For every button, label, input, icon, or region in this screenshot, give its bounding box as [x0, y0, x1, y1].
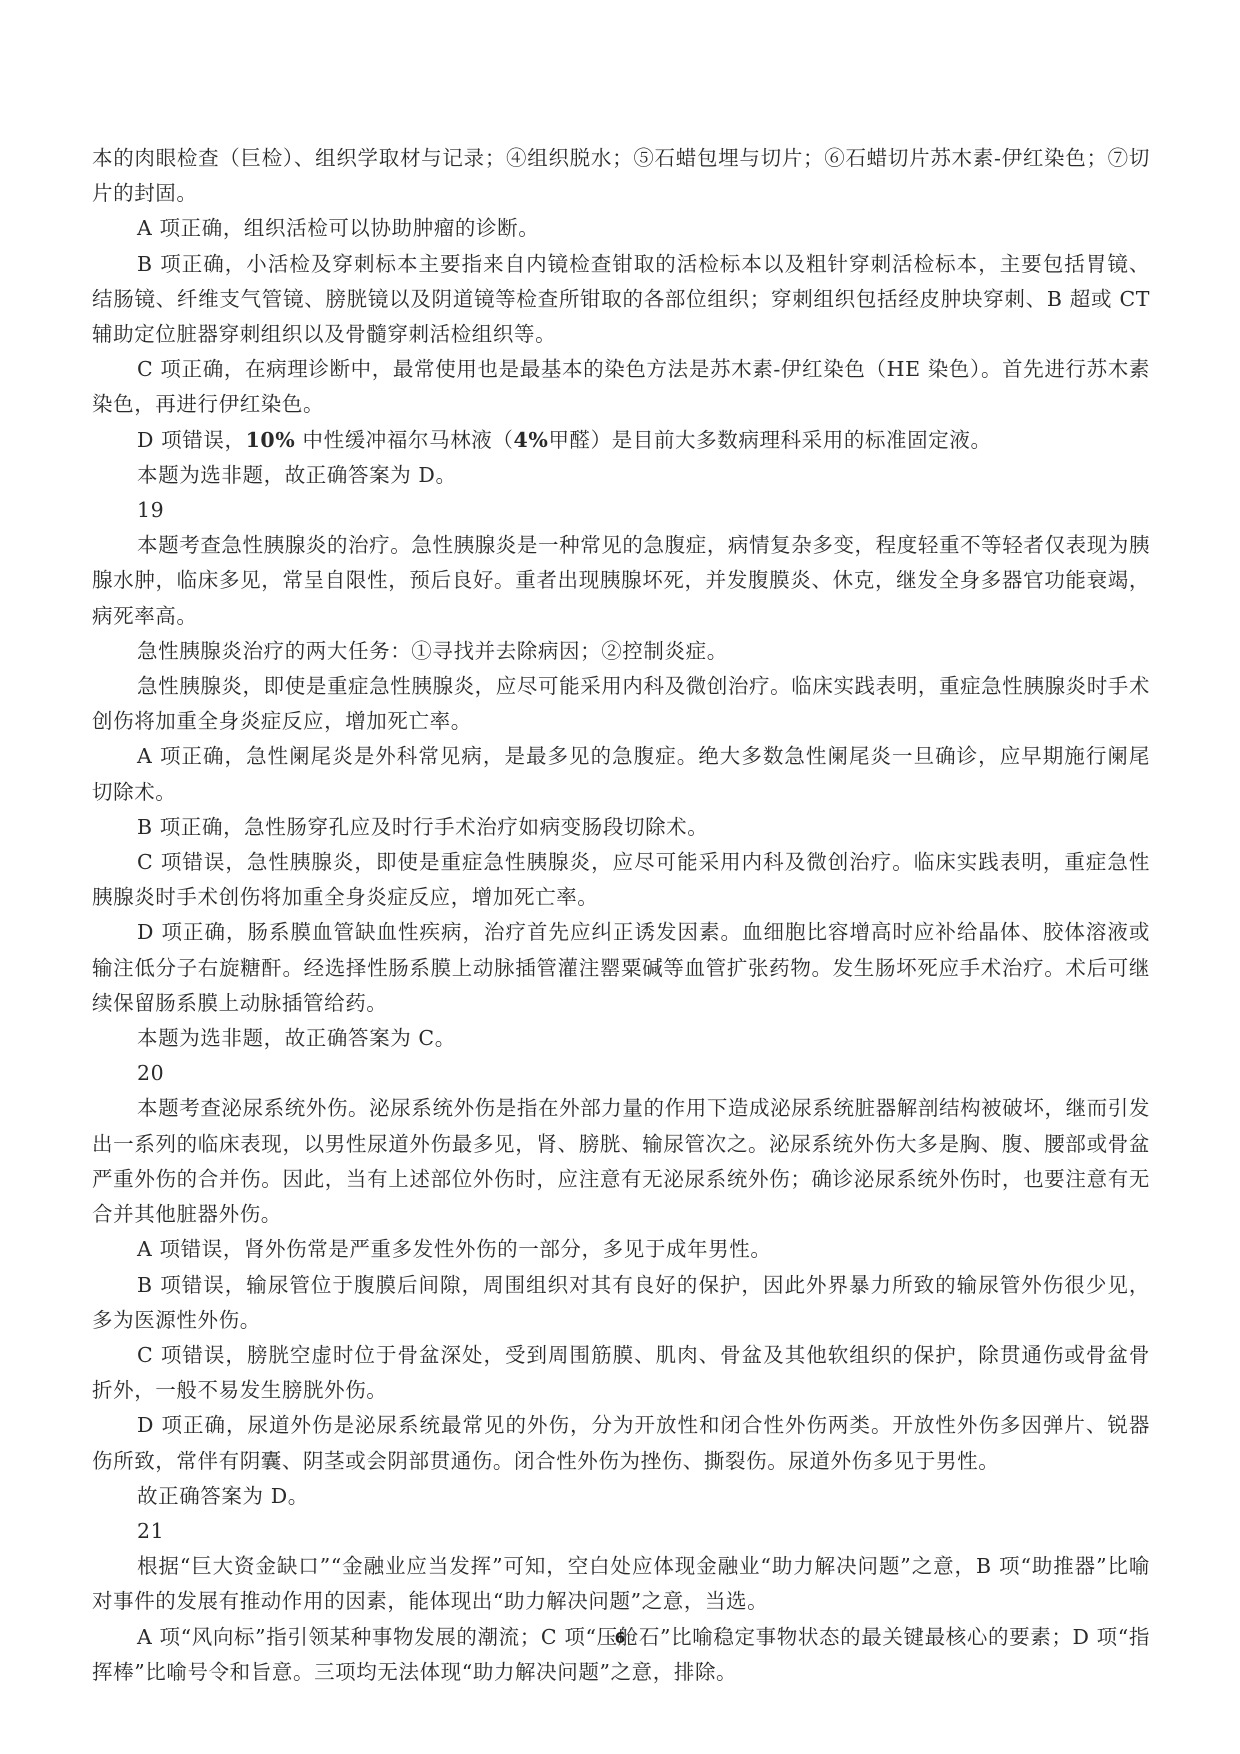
bold-text-segment: 10% — [246, 428, 296, 452]
paragraph: 急性胰腺炎治疗的两大任务：①寻找并去除病因；②控制炎症。 — [92, 634, 1150, 669]
answer-line: 故正确答案为 D。 — [92, 1479, 1150, 1514]
paragraph-option-a: A 项错误，肾外伤常是严重多发性外伤的一部分，多见于成年男性。 — [92, 1232, 1150, 1267]
paragraph-continuation: 本的肉眼检查（巨检）、组织学取材与记录；④组织脱水；⑤石蜡包埋与切片；⑥石蜡切片… — [92, 141, 1150, 211]
text-segment: 甲醛）是目前大多数病理科采用的标准固定液。 — [548, 428, 991, 452]
paragraph-option-b: B 项正确，小活检及穿刺标本主要指来自内镜检查钳取的活检标本以及粗针穿刺活检标本… — [92, 247, 1150, 353]
paragraph-option-d: D 项正确，肠系膜血管缺血性疾病，治疗首先应纠正诱发因素。血细胞比容增高时应补给… — [92, 915, 1150, 1021]
paragraph-intro: 根据“巨大资金缺口”“金融业应当发挥”可知，空白处应体现金融业“助力解决问题”之… — [92, 1549, 1150, 1619]
paragraph-option-b: B 项错误，输尿管位于腹膜后间隙，周围组织对其有良好的保护，因此外界暴力所致的输… — [92, 1268, 1150, 1338]
document-body: 本的肉眼检查（巨检）、组织学取材与记录；④组织脱水；⑤石蜡包埋与切片；⑥石蜡切片… — [92, 141, 1150, 1690]
question-number: 21 — [92, 1514, 1150, 1549]
paragraph-option-d: D 项错误，10% 中性缓冲福尔马林液（4%甲醛）是目前大多数病理科采用的标准固… — [92, 423, 1150, 458]
answer-line: 本题为选非题，故正确答案为 D。 — [92, 458, 1150, 493]
paragraph-intro: 本题考查泌尿系统外伤。泌尿系统外伤是指在外部力量的作用下造成泌尿系统脏器解剖结构… — [92, 1091, 1150, 1232]
paragraph: 急性胰腺炎，即使是重症急性胰腺炎，应尽可能采用内科及微创治疗。临床实践表明，重症… — [92, 669, 1150, 739]
page-number: 6 — [0, 1629, 1240, 1647]
text-segment: 中性缓冲福尔马林液（ — [295, 428, 513, 452]
text-segment: D 项错误， — [137, 428, 246, 452]
paragraph-option-c: C 项正确，在病理诊断中，最常使用也是最基本的染色方法是苏木素-伊红染色（HE … — [92, 352, 1150, 422]
paragraph-option-d: D 项正确，尿道外伤是泌尿系统最常见的外伤，分为开放性和闭合性外伤两类。开放性外… — [92, 1408, 1150, 1478]
paragraph-intro: 本题考查急性胰腺炎的治疗。急性胰腺炎是一种常见的急腹症，病情复杂多变，程度轻重不… — [92, 528, 1150, 634]
question-number: 20 — [92, 1056, 1150, 1091]
paragraph-option-c: C 项错误，膀胱空虚时位于骨盆深处，受到周围筋膜、肌肉、骨盆及其他软组织的保护，… — [92, 1338, 1150, 1408]
paragraph-option-a: A 项正确，急性阑尾炎是外科常见病，是最多见的急腹症。绝大多数急性阑尾炎一旦确诊… — [92, 739, 1150, 809]
paragraph-option-c: C 项错误，急性胰腺炎，即使是重症急性胰腺炎，应尽可能采用内科及微创治疗。临床实… — [92, 845, 1150, 915]
paragraph-option-b: B 项正确，急性肠穿孔应及时行手术治疗如病变肠段切除术。 — [92, 810, 1150, 845]
question-number: 19 — [92, 493, 1150, 528]
paragraph-option-a: A 项正确，组织活检可以协助肿瘤的诊断。 — [92, 211, 1150, 246]
bold-text-segment: 4% — [514, 428, 549, 452]
answer-line: 本题为选非题，故正确答案为 C。 — [92, 1021, 1150, 1056]
